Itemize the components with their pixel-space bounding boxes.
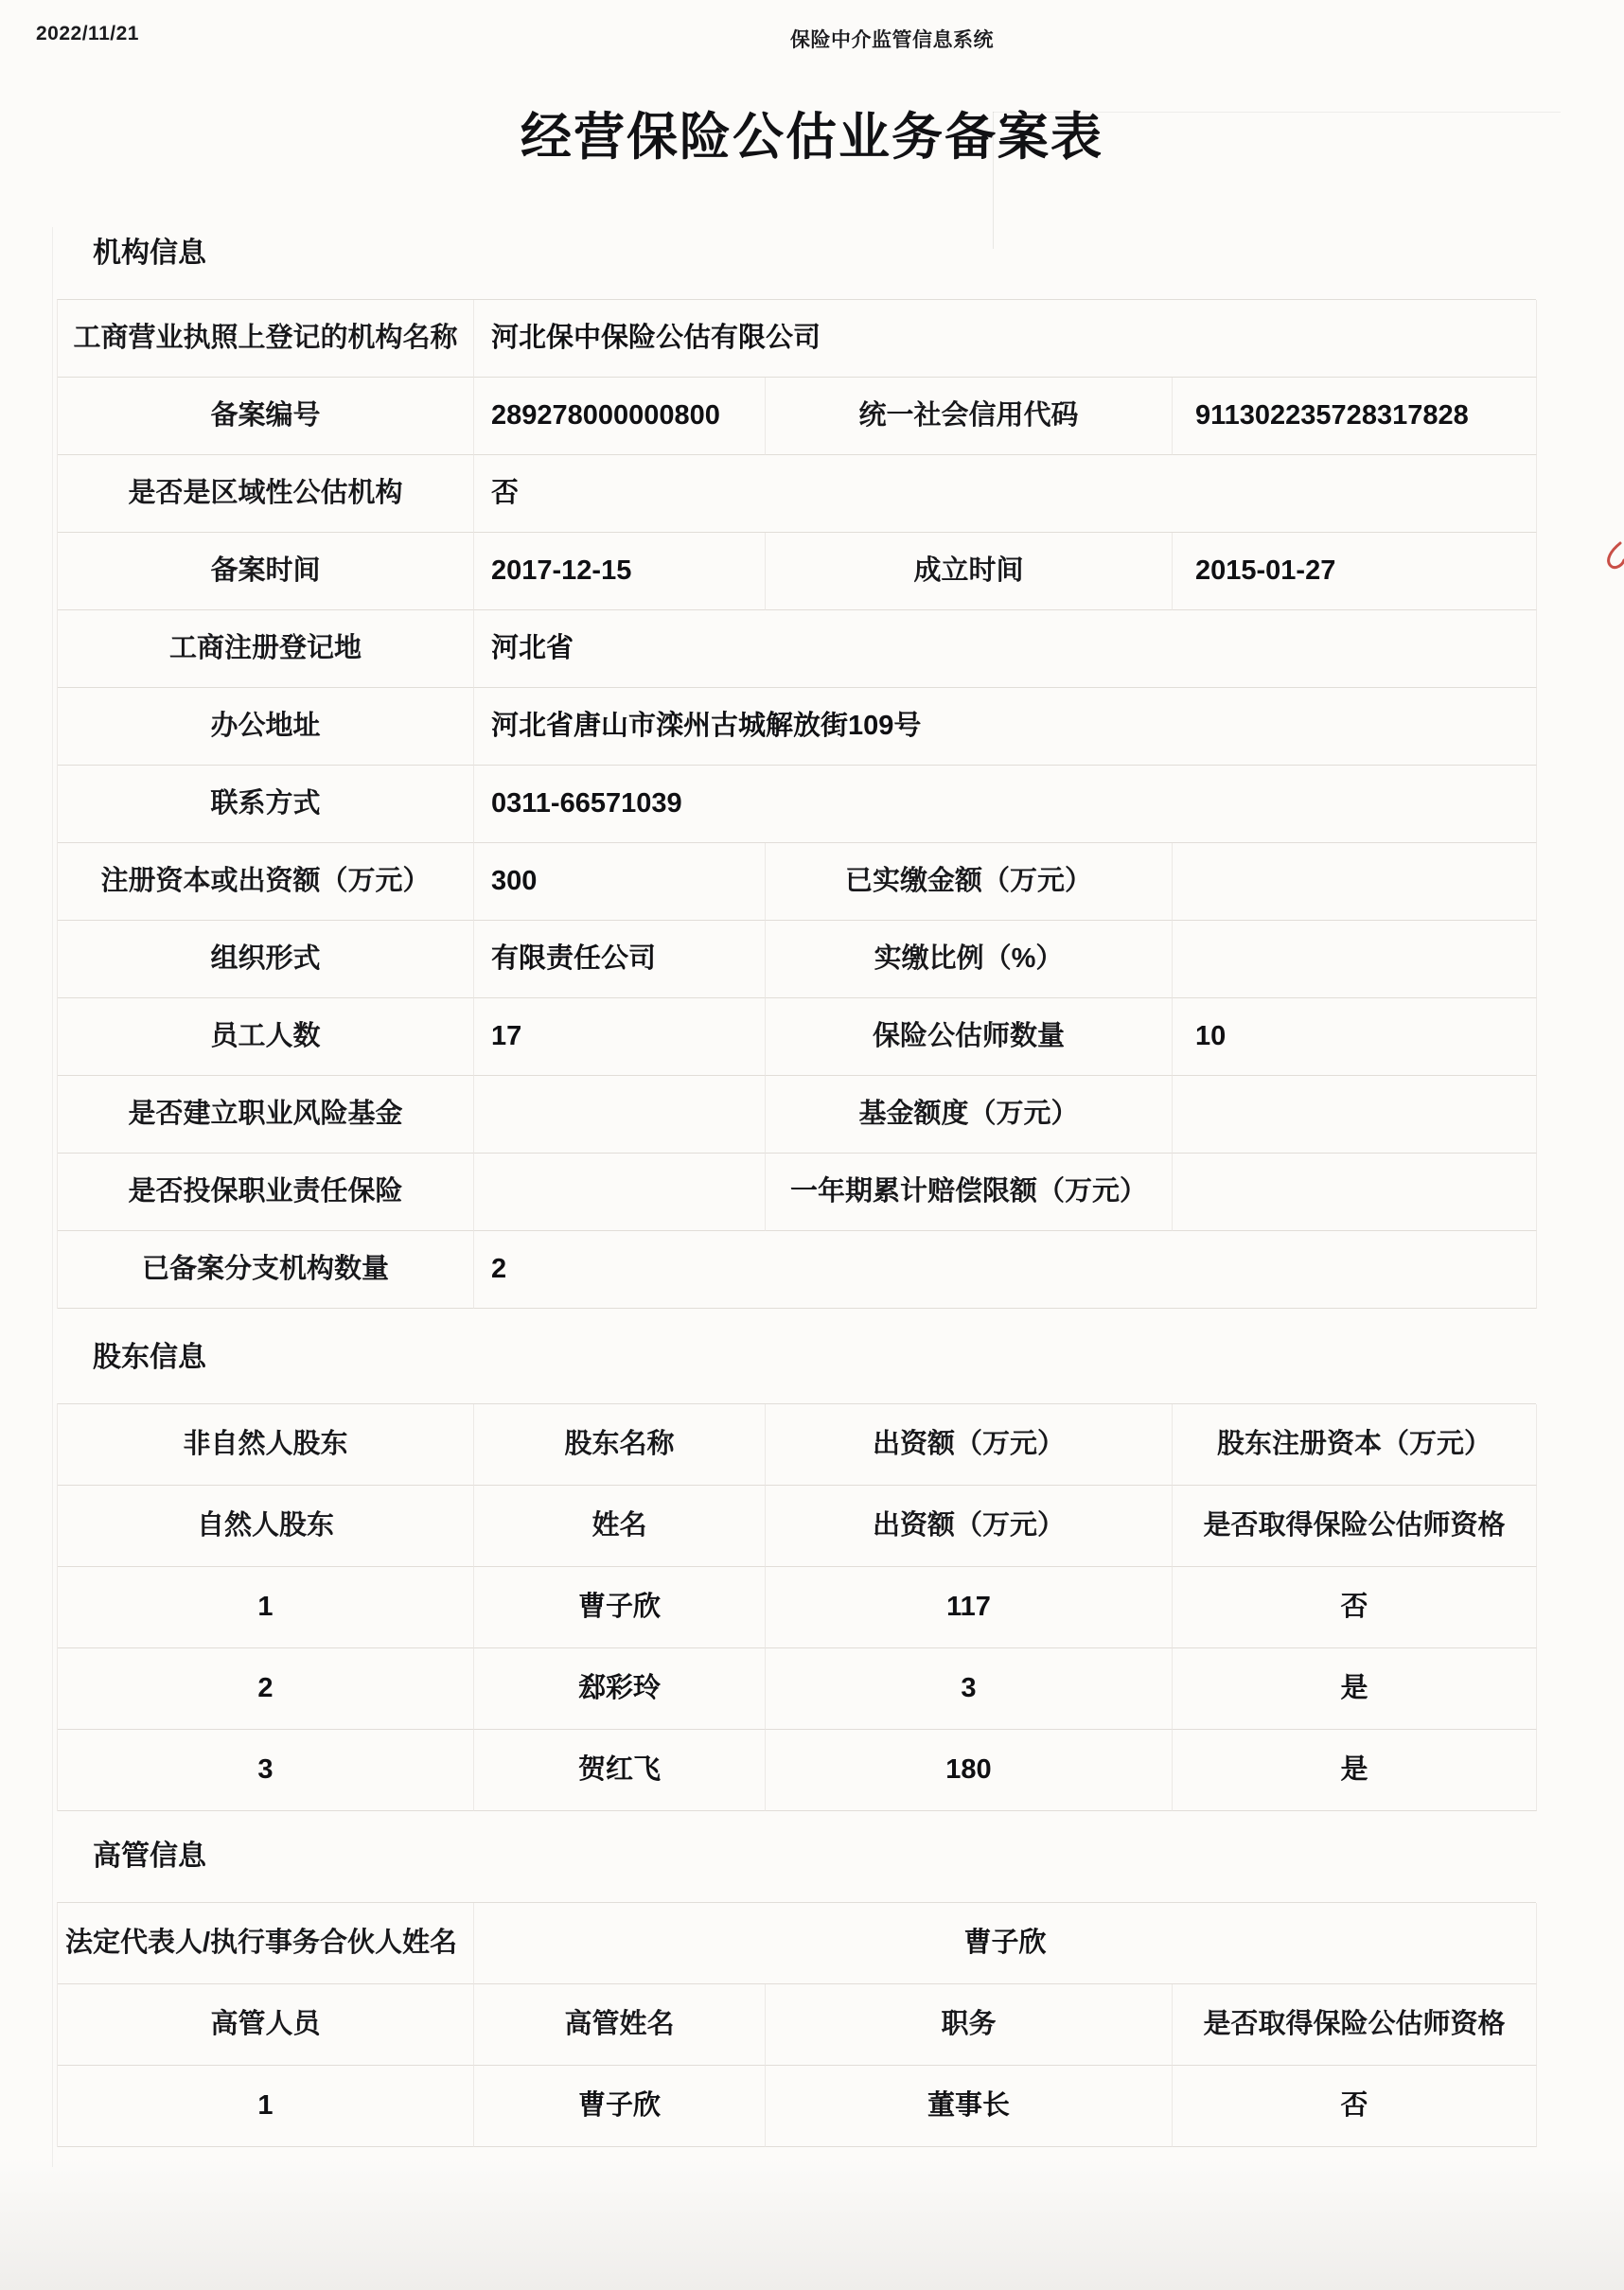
red-pen-mark bbox=[1601, 541, 1624, 575]
field-value: 董事长 bbox=[766, 2066, 1173, 2147]
field-value bbox=[1173, 1076, 1537, 1154]
field-label: 一年期累计赔偿限额（万元） bbox=[766, 1154, 1173, 1231]
field-value: 河北省 bbox=[474, 610, 1537, 688]
field-value: 3 bbox=[766, 1648, 1173, 1730]
field-value: 180 bbox=[766, 1730, 1173, 1811]
field-label: 已备案分支机构数量 bbox=[58, 1231, 474, 1309]
column-header: 股东名称 bbox=[474, 1404, 766, 1486]
field-label: 是否投保职业责任保险 bbox=[58, 1154, 474, 1231]
column-header: 自然人股东 bbox=[58, 1486, 474, 1567]
column-header: 是否取得保险公估师资格 bbox=[1173, 1486, 1537, 1567]
column-header: 出资额（万元） bbox=[766, 1486, 1173, 1567]
form-content: 机构信息 工商营业执照上登记的机构名称河北保中保险公估有限公司备案编号28927… bbox=[57, 238, 1536, 2147]
field-value: 2015-01-27 bbox=[1173, 533, 1537, 610]
field-label: 员工人数 bbox=[58, 998, 474, 1076]
field-value bbox=[474, 1154, 766, 1231]
scan-page-edge bbox=[52, 227, 53, 2167]
field-label: 备案时间 bbox=[58, 533, 474, 610]
column-header: 职务 bbox=[766, 1984, 1173, 2066]
field-value: 10 bbox=[1173, 998, 1537, 1076]
column-header: 高管姓名 bbox=[474, 1984, 766, 2066]
field-value: 郄彩玲 bbox=[474, 1648, 766, 1730]
section-executives-title: 高管信息 bbox=[93, 1841, 1536, 1872]
field-value: 是 bbox=[1173, 1730, 1537, 1811]
field-value: 曹子欣 bbox=[474, 1567, 766, 1648]
field-value: 911302235728317828 bbox=[1173, 378, 1537, 455]
field-value: 289278000000800 bbox=[474, 378, 766, 455]
field-value: 否 bbox=[1173, 2066, 1537, 2147]
field-value: 0311-66571039 bbox=[474, 766, 1537, 843]
section-shareholders: 股东信息 非自然人股东股东名称出资额（万元）股东注册资本（万元）自然人股东姓名出… bbox=[57, 1343, 1536, 1811]
field-value bbox=[1173, 1154, 1537, 1231]
row-index: 1 bbox=[58, 1567, 474, 1648]
field-value bbox=[1173, 843, 1537, 921]
field-label: 办公地址 bbox=[58, 688, 474, 766]
field-value: 是 bbox=[1173, 1648, 1537, 1730]
field-label: 实缴比例（%） bbox=[766, 921, 1173, 998]
section-shareholders-title: 股东信息 bbox=[93, 1343, 1536, 1373]
print-header: 2022/11/21 保险中介监管信息系统 bbox=[0, 23, 1624, 51]
column-header: 姓名 bbox=[474, 1486, 766, 1567]
column-header: 股东注册资本（万元） bbox=[1173, 1404, 1537, 1486]
page-title: 经营保险公估业务备案表 bbox=[0, 97, 1624, 169]
field-value: 否 bbox=[474, 455, 1537, 533]
field-value: 300 bbox=[474, 843, 766, 921]
column-header: 非自然人股东 bbox=[58, 1404, 474, 1486]
field-label: 注册资本或出资额（万元） bbox=[58, 843, 474, 921]
field-value: 117 bbox=[766, 1567, 1173, 1648]
field-label: 组织形式 bbox=[58, 921, 474, 998]
executives-table: 法定代表人/执行事务合伙人姓名曹子欣高管人员高管姓名职务是否取得保险公估师资格1… bbox=[57, 1902, 1536, 2147]
field-label: 联系方式 bbox=[58, 766, 474, 843]
row-index: 3 bbox=[58, 1730, 474, 1811]
field-value: 2 bbox=[474, 1231, 1537, 1309]
field-value: 曹子欣 bbox=[474, 1903, 1537, 1984]
field-value: 否 bbox=[1173, 1567, 1537, 1648]
field-label: 统一社会信用代码 bbox=[766, 378, 1173, 455]
org-info-table: 工商营业执照上登记的机构名称河北保中保险公估有限公司备案编号2892780000… bbox=[57, 299, 1536, 1309]
shareholders-table: 非自然人股东股东名称出资额（万元）股东注册资本（万元）自然人股东姓名出资额（万元… bbox=[57, 1403, 1536, 1811]
field-value: 17 bbox=[474, 998, 766, 1076]
field-label: 基金额度（万元） bbox=[766, 1076, 1173, 1154]
field-label: 工商注册登记地 bbox=[58, 610, 474, 688]
scanned-document-page: 2022/11/21 保险中介监管信息系统 经营保险公估业务备案表 机构信息 工… bbox=[0, 0, 1624, 2290]
field-value bbox=[474, 1076, 766, 1154]
field-label: 是否是区域性公估机构 bbox=[58, 455, 474, 533]
field-label: 法定代表人/执行事务合伙人姓名 bbox=[58, 1903, 474, 1984]
field-value: 贺红飞 bbox=[474, 1730, 766, 1811]
section-org-title: 机构信息 bbox=[93, 238, 1536, 269]
field-value: 河北省唐山市滦州古城解放街109号 bbox=[474, 688, 1537, 766]
column-header: 是否取得保险公估师资格 bbox=[1173, 1984, 1537, 2066]
system-name: 保险中介监管信息系统 bbox=[790, 25, 994, 53]
field-label: 已实缴金额（万元） bbox=[766, 843, 1173, 921]
column-header: 出资额（万元） bbox=[766, 1404, 1173, 1486]
print-date: 2022/11/21 bbox=[36, 23, 139, 45]
row-index: 1 bbox=[58, 2066, 474, 2147]
section-org: 机构信息 工商营业执照上登记的机构名称河北保中保险公估有限公司备案编号28927… bbox=[57, 238, 1536, 1309]
scan-bottom-texture bbox=[0, 2158, 1624, 2290]
field-label: 是否建立职业风险基金 bbox=[58, 1076, 474, 1154]
field-value: 2017-12-15 bbox=[474, 533, 766, 610]
section-executives: 高管信息 法定代表人/执行事务合伙人姓名曹子欣高管人员高管姓名职务是否取得保险公… bbox=[57, 1841, 1536, 2147]
field-value: 有限责任公司 bbox=[474, 921, 766, 998]
field-label: 保险公估师数量 bbox=[766, 998, 1173, 1076]
field-value bbox=[1173, 921, 1537, 998]
field-label: 工商营业执照上登记的机构名称 bbox=[58, 300, 474, 378]
field-value: 曹子欣 bbox=[474, 2066, 766, 2147]
field-value: 河北保中保险公估有限公司 bbox=[474, 300, 1537, 378]
row-index: 2 bbox=[58, 1648, 474, 1730]
field-label: 备案编号 bbox=[58, 378, 474, 455]
column-header: 高管人员 bbox=[58, 1984, 474, 2066]
field-label: 成立时间 bbox=[766, 533, 1173, 610]
